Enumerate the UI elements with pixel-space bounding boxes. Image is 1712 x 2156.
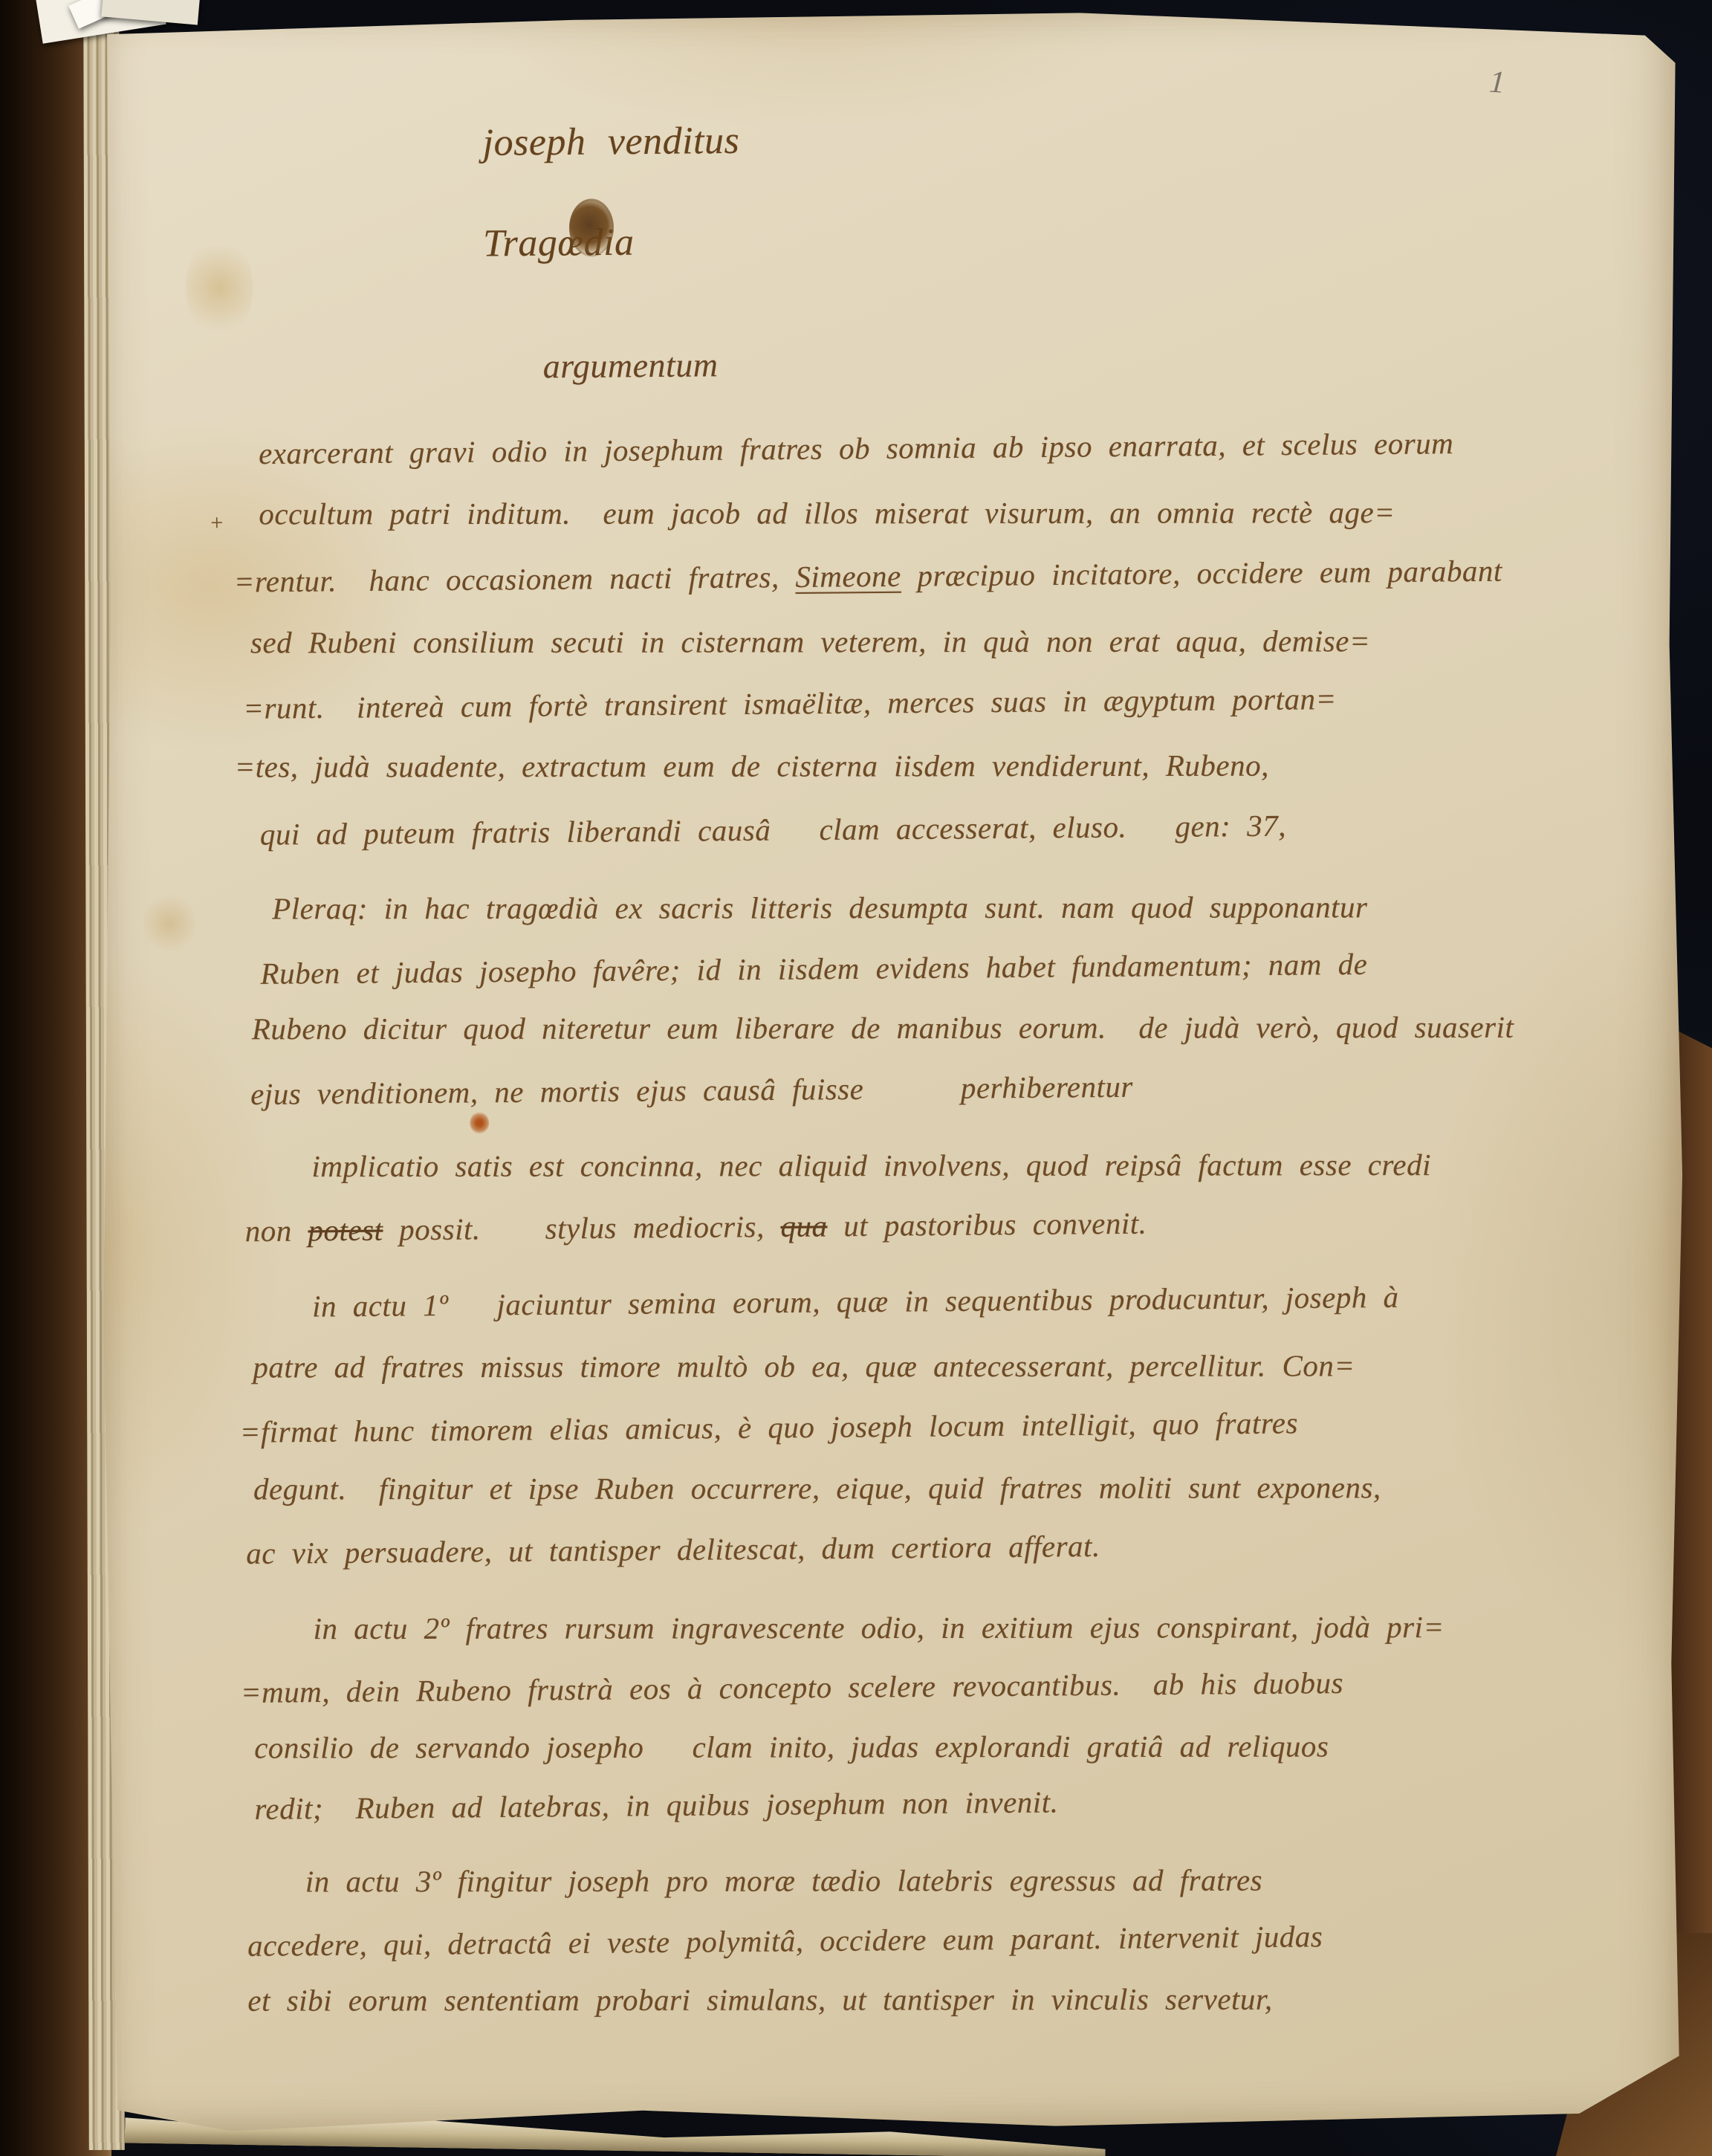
underlined-word: Simeone: [795, 559, 901, 594]
text-line: ac vix persuadere, ut tantisper delitesc…: [246, 1531, 1100, 1569]
manuscript-page: 1 joseph venditus Tragœdia argumentum ex…: [96, 7, 1690, 2135]
text-line: ejus venditionem, ne mortis ejus causâ f…: [250, 1072, 1133, 1110]
line-segment: =rentur. hanc occasionem nacti fratres,: [234, 560, 796, 599]
line-segment: non: [245, 1213, 308, 1248]
text-line: Rubeno dicitur quod niteretur eum libera…: [252, 1012, 1514, 1044]
text-line: sed Rubeni consilium secuti in cisternam…: [250, 626, 1370, 658]
margin-mark: +: [209, 512, 224, 534]
text-line: et sibi eorum sententiam probari simulan…: [247, 1984, 1272, 2016]
text-line: in actu 2º fratres rursum ingravescente …: [314, 1612, 1444, 1644]
photograph-of-manuscript: { "folio_number": "1", "manuscript": { "…: [0, 0, 1712, 2156]
text-line: implicatio satis est concinna, nec aliqu…: [311, 1150, 1431, 1182]
line-segment: præcipuo incitatore, occidere eum paraba…: [901, 554, 1502, 593]
text-line: occultum patri inditum. eum jacob ad ill…: [259, 497, 1395, 529]
text-line: degunt. fingitur et ipse Ruben occurrere…: [253, 1472, 1381, 1504]
text-line: in actu 3º fingitur joseph pro moræ tædi…: [305, 1865, 1262, 1897]
foxing-stain: [186, 236, 253, 340]
folio-number: 1: [1488, 65, 1506, 101]
line-segment: ut pastoribus convenit.: [827, 1206, 1147, 1243]
text-line: redit; Ruben ad latebras, in quibus jose…: [254, 1787, 1058, 1824]
line-segment: possit. stylus mediocris,: [383, 1209, 780, 1247]
text-line: patre ad fratres missus timore multò ob …: [253, 1350, 1355, 1382]
struck-word: potest: [308, 1213, 383, 1248]
text-line: =tes, judà suadente, extractum eum de ci…: [235, 751, 1269, 783]
struck-word: qua: [780, 1208, 827, 1243]
foxing-stain: [143, 890, 195, 956]
section-heading: argumentum: [542, 348, 718, 383]
text-line: consilio de servando josepho clam inito,…: [254, 1731, 1329, 1763]
text-line: non potest possit. stylus mediocris, qua…: [245, 1208, 1147, 1247]
rust-stain: [470, 1112, 489, 1134]
text-line: Pleraq: in hac tragœdià ex sacris litter…: [272, 892, 1367, 924]
title-line: joseph venditus: [482, 122, 739, 163]
ink-blot: [569, 198, 614, 256]
